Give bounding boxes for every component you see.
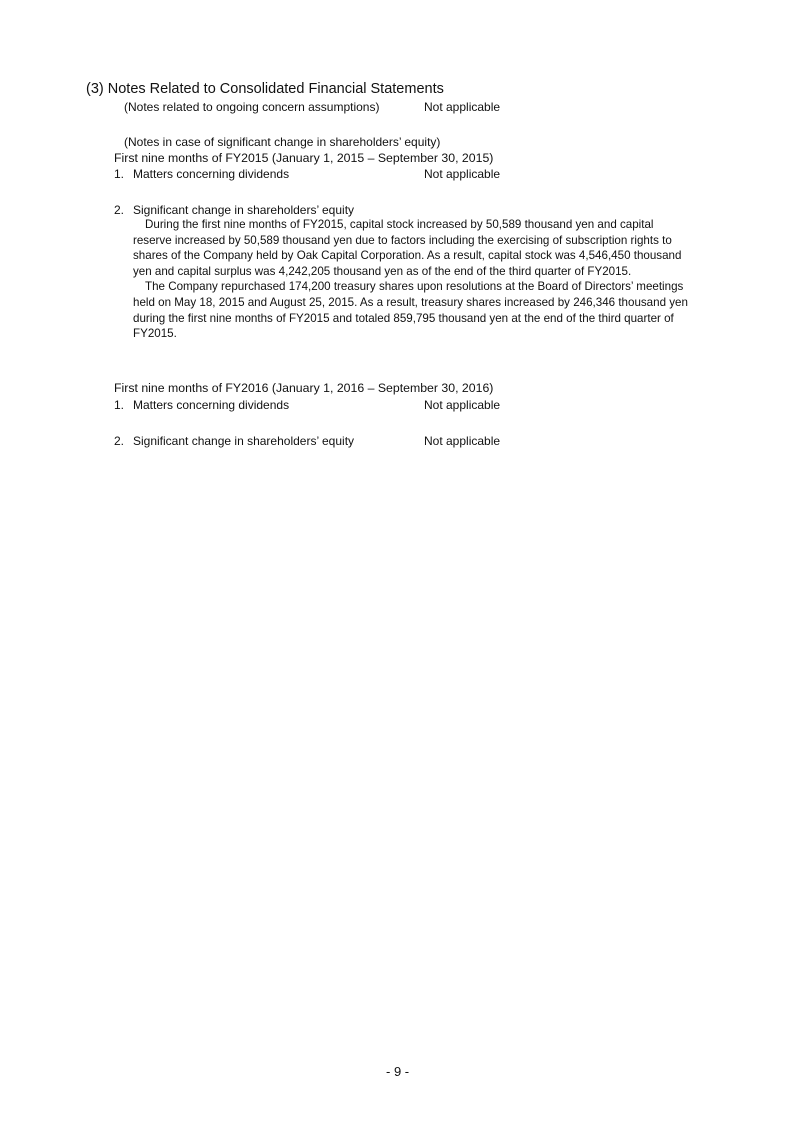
page-number: - 9 - <box>386 1064 409 1079</box>
fy2015-period-title: First nine months of FY2015 (January 1, … <box>114 151 493 165</box>
fy2015-item1-value: Not applicable <box>424 167 500 181</box>
fy2016-period-title: First nine months of FY2016 (January 1, … <box>114 381 493 395</box>
fy2016-item2-number: 2. <box>114 434 133 448</box>
fy2015-equity-details: During the first nine months of FY2015, … <box>133 217 693 342</box>
fy2015-item1-label: Matters concerning dividends <box>133 167 289 181</box>
section-title: (3) Notes Related to Consolidated Financ… <box>86 81 444 97</box>
going-concern-value: Not applicable <box>424 100 500 114</box>
fy2015-item1-number: 1. <box>114 167 133 181</box>
going-concern-label: (Notes related to ongoing concern assump… <box>124 100 379 114</box>
fy2016-item2-value: Not applicable <box>424 434 500 448</box>
fy2016-item2-label: Significant change in shareholders’ equi… <box>133 434 354 448</box>
fy2015-item2-label: Significant change in shareholders’ equi… <box>133 203 354 217</box>
fy2015-item1: 1.Matters concerning dividends <box>114 167 289 181</box>
capital-stock-paragraph: During the first nine months of FY2015, … <box>133 217 693 279</box>
fy2016-item1-label: Matters concerning dividends <box>133 398 289 412</box>
fy2015-item2-number: 2. <box>114 203 133 217</box>
fy2016-item1-number: 1. <box>114 398 133 412</box>
fy2016-item2: 2.Significant change in shareholders’ eq… <box>114 434 354 448</box>
fy2015-item2: 2.Significant change in shareholders’ eq… <box>114 203 354 217</box>
treasury-shares-paragraph: The Company repurchased 174,200 treasury… <box>133 279 693 341</box>
equity-change-heading: (Notes in case of significant change in … <box>124 135 440 149</box>
fy2016-item1: 1.Matters concerning dividends <box>114 398 289 412</box>
fy2016-item1-value: Not applicable <box>424 398 500 412</box>
